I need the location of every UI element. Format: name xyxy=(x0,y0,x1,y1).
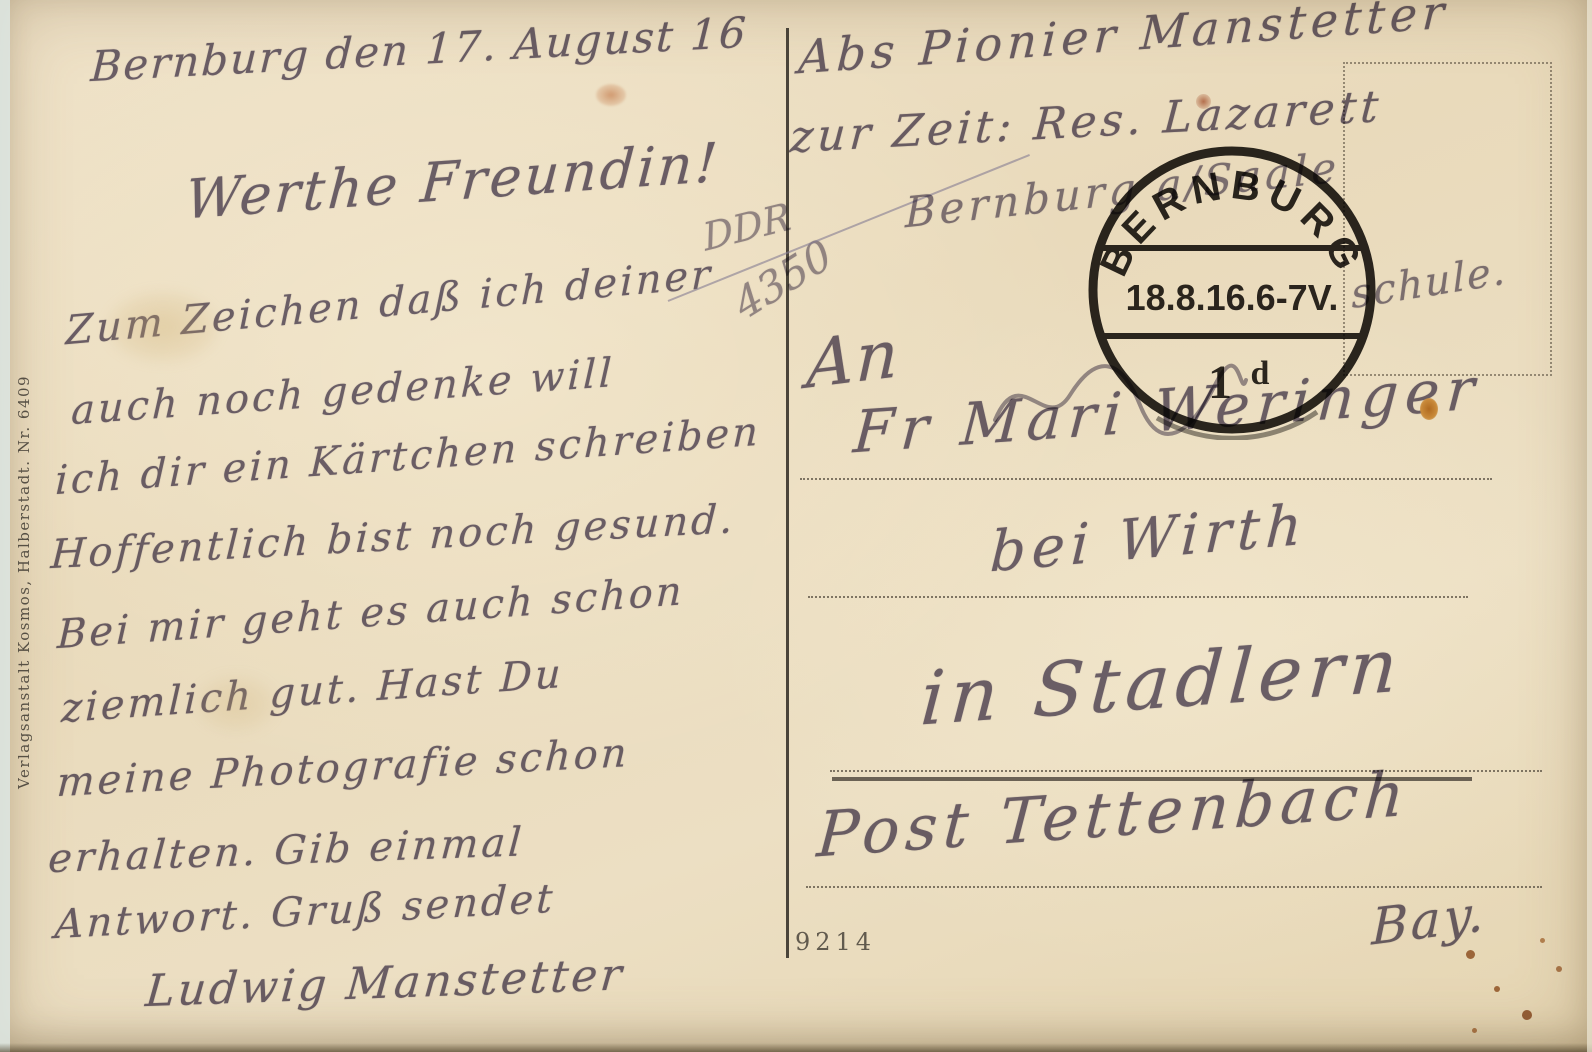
paper-smudge xyxy=(108,292,218,362)
address-care-of: bei Wirth xyxy=(989,492,1310,585)
foxing-speck xyxy=(1466,950,1475,959)
message-line: Antwort. Gruß sendet xyxy=(54,876,557,948)
postmark-datetime: 18.8.16.6-7V. xyxy=(1126,277,1339,318)
card-bottom-edge xyxy=(0,1043,1592,1052)
address-town: in Stadlern xyxy=(918,622,1406,742)
paper-smudge xyxy=(196,676,276,732)
foxing-spot xyxy=(1420,398,1438,420)
address-region: Bay. xyxy=(1371,884,1487,957)
foxing-spot xyxy=(596,84,626,106)
address-rule-2 xyxy=(808,596,1468,598)
address-rule-1 xyxy=(800,478,1492,480)
message-line: ziemlich gut. Hast Du xyxy=(60,651,564,732)
center-divider-line xyxy=(786,28,789,958)
message-line: auch noch gedenke will xyxy=(70,350,615,434)
message-signature: Ludwig Manstetter xyxy=(144,949,627,1017)
foxing-speck xyxy=(1522,1010,1532,1020)
message-line: Hoffentlich bist noch gesund. xyxy=(50,496,737,578)
postmark-town: BERNBURG xyxy=(1092,163,1373,283)
address-intro: An xyxy=(805,315,901,404)
foxing-speck xyxy=(1556,966,1562,972)
postmark-letter: d xyxy=(1251,355,1270,392)
foxing-speck xyxy=(1494,986,1500,992)
message-line: Bei mir geht es auch schon xyxy=(56,568,685,658)
message-salutation: Werthe Freundin! xyxy=(184,131,723,232)
pencil-note-ddr: DDR xyxy=(700,194,794,259)
address-rule-4 xyxy=(806,886,1542,888)
foxing-spot xyxy=(1196,94,1211,109)
card-right-edge xyxy=(1587,0,1592,1052)
postmark-stamp: BERNBURG 18.8.16.6-7V. 1 d xyxy=(1082,140,1382,440)
publisher-imprint: Verlagsanstalt Kosmos, Halberstadt. Nr. … xyxy=(15,223,37,789)
message-line: erhalten. Gib einmal xyxy=(47,819,526,882)
postcard-back: Verlagsanstalt Kosmos, Halberstadt. Nr. … xyxy=(0,0,1592,1052)
foxing-speck xyxy=(1540,938,1545,943)
postmark-office: 1 xyxy=(1208,356,1232,409)
card-left-edge xyxy=(0,0,10,1052)
message-dateline: Bernburg den 17. August 16 xyxy=(89,8,749,92)
plate-number: 9214 xyxy=(795,928,876,956)
svg-text:BERNBURG: BERNBURG xyxy=(1092,163,1373,283)
address-post-office: Post Tettenbach xyxy=(815,757,1413,872)
message-line: meine Photografie schon xyxy=(56,730,631,806)
foxing-speck xyxy=(1472,1028,1477,1033)
